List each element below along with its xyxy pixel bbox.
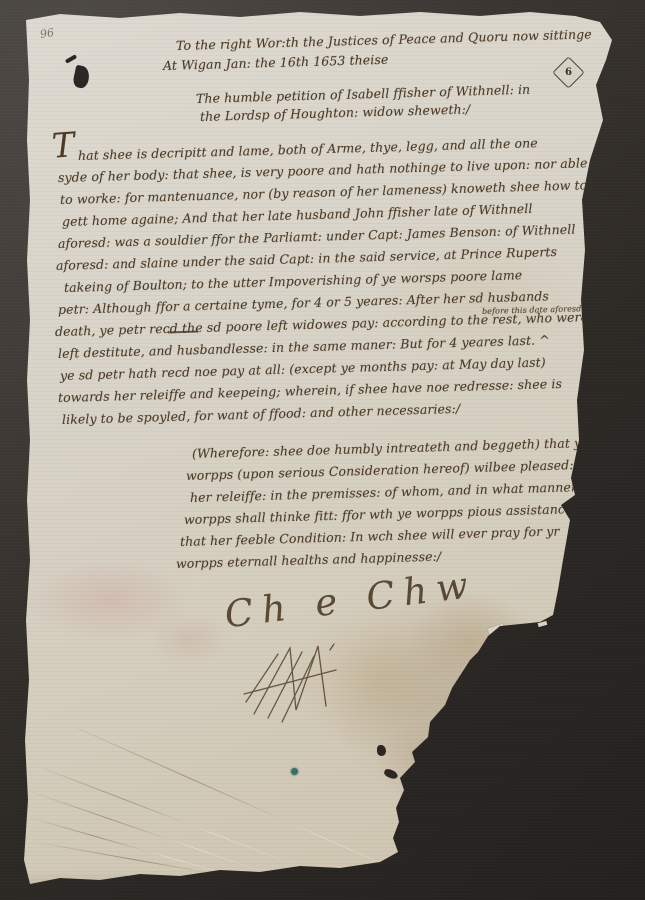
ink-spot bbox=[291, 768, 298, 775]
torn-paper-fleck bbox=[506, 630, 521, 640]
torn-paper-fleck bbox=[521, 638, 532, 647]
torn-paper-fleck bbox=[538, 621, 548, 627]
edge-tear-mark bbox=[377, 745, 386, 756]
pen-strokes-flourish-icon bbox=[238, 636, 368, 736]
archivist-pencil-note: 96 bbox=[39, 26, 55, 41]
photograph-mount: 96 6 To the right Wor:th the Justices of… bbox=[0, 0, 645, 900]
manuscript-paper: 96 6 To the right Wor:th the Justices of… bbox=[0, 0, 645, 900]
drop-capital: T bbox=[51, 125, 76, 166]
folio-number: 6 bbox=[565, 67, 572, 78]
